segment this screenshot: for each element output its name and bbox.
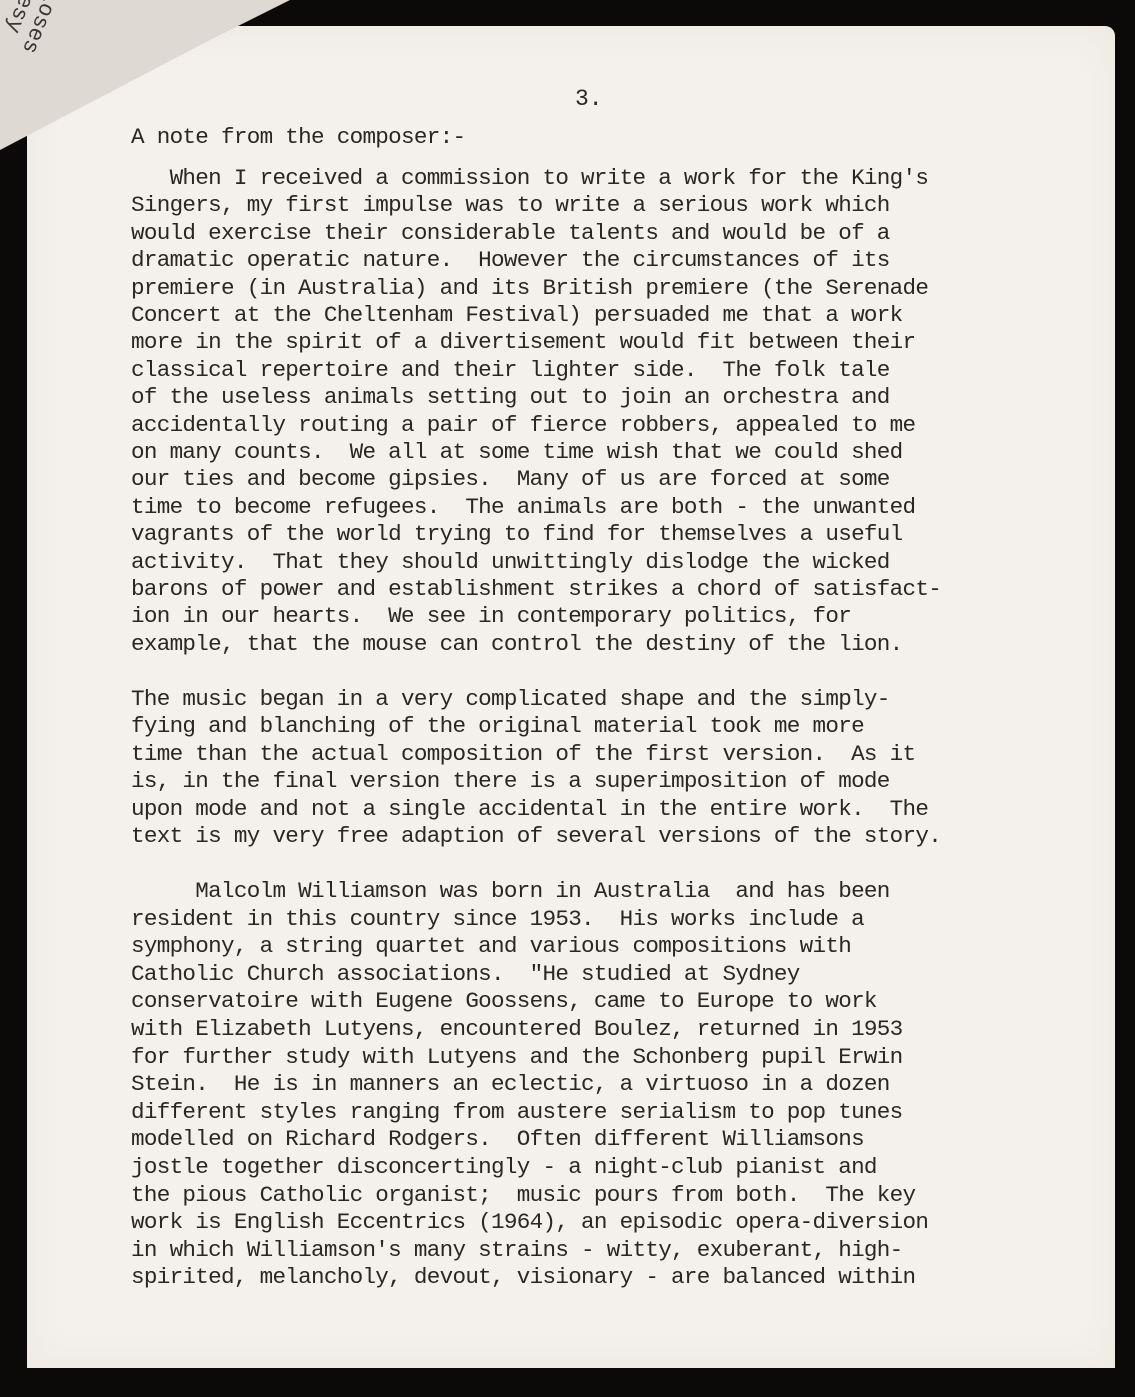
text-line-music: upon mode and not a single accidental in… xyxy=(131,795,928,823)
text-line-biography: symphony, a string quartet and various c… xyxy=(131,932,851,960)
text-line-intro: activity. That they should unwittingly d… xyxy=(131,548,890,576)
text-line-intro: of the useless animals setting out to jo… xyxy=(131,383,890,411)
text-line-biography: spirited, melancholy, devout, visionary … xyxy=(131,1263,915,1291)
text-line-biography: resident in this country since 1953. His… xyxy=(131,905,864,933)
document-heading: A note from the composer:- xyxy=(131,123,465,151)
text-line-intro: our ties and become gipsies. Many of us … xyxy=(131,465,890,493)
text-line-intro: barons of power and establishment strike… xyxy=(131,575,941,603)
text-line-biography: for further study with Lutyens and the S… xyxy=(131,1043,903,1071)
text-line-biography: jostle together disconcertingly - a nigh… xyxy=(131,1153,877,1181)
text-line-biography: different styles ranging from austere se… xyxy=(131,1098,903,1126)
text-line-music: fying and blanching of the original mate… xyxy=(131,712,864,740)
text-line-intro: classical repertoire and their lighter s… xyxy=(131,356,890,384)
text-line-intro: When I received a commission to write a … xyxy=(131,164,928,192)
page-number: 3. xyxy=(575,86,603,112)
text-line-biography: work is English Eccentrics (1964), an ep… xyxy=(131,1208,928,1236)
text-line-biography: conservatoire with Eugene Goossens, came… xyxy=(131,987,877,1015)
text-line-biography: with Elizabeth Lutyens, encountered Boul… xyxy=(131,1015,903,1043)
text-line-biography: Malcolm Williamson was born in Australia… xyxy=(131,877,890,905)
text-line-intro: Singers, my first impulse was to write a… xyxy=(131,191,890,219)
text-line-intro: example, that the mouse can control the … xyxy=(131,630,903,658)
text-line-intro: dramatic operatic nature. However the ci… xyxy=(131,246,890,274)
text-line-biography: modelled on Richard Rodgers. Often diffe… xyxy=(131,1125,864,1153)
text-line-biography: in which Williamson's many strains - wit… xyxy=(131,1236,903,1264)
text-line-intro: ion in our hearts. We see in contemporar… xyxy=(131,602,851,630)
text-line-intro: Concert at the Cheltenham Festival) pers… xyxy=(131,301,903,329)
text-line-music: text is my very free adaption of several… xyxy=(131,822,941,850)
text-line-intro: premiere (in Australia) and its British … xyxy=(131,274,928,302)
text-line-intro: more in the spirit of a divertisement wo… xyxy=(131,328,915,356)
text-line-music: is, in the final version there is a supe… xyxy=(131,767,890,795)
text-line-biography: Stein. He is in manners an eclectic, a v… xyxy=(131,1070,890,1098)
text-line-intro: would exercise their considerable talent… xyxy=(131,219,890,247)
text-line-biography: the pious Catholic organist; music pours… xyxy=(131,1181,915,1209)
text-line-music: The music began in a very complicated sh… xyxy=(131,685,890,713)
text-line-biography: Catholic Church associations. "He studie… xyxy=(131,960,800,988)
text-line-intro: accidentally routing a pair of fierce ro… xyxy=(131,411,915,439)
text-line-intro: time to become refugees. The animals are… xyxy=(131,493,915,521)
text-line-intro: on many counts. We all at some time wish… xyxy=(131,438,903,466)
text-line-intro: vagrants of the world trying to find for… xyxy=(131,520,903,548)
text-line-music: time than the actual composition of the … xyxy=(131,740,915,768)
